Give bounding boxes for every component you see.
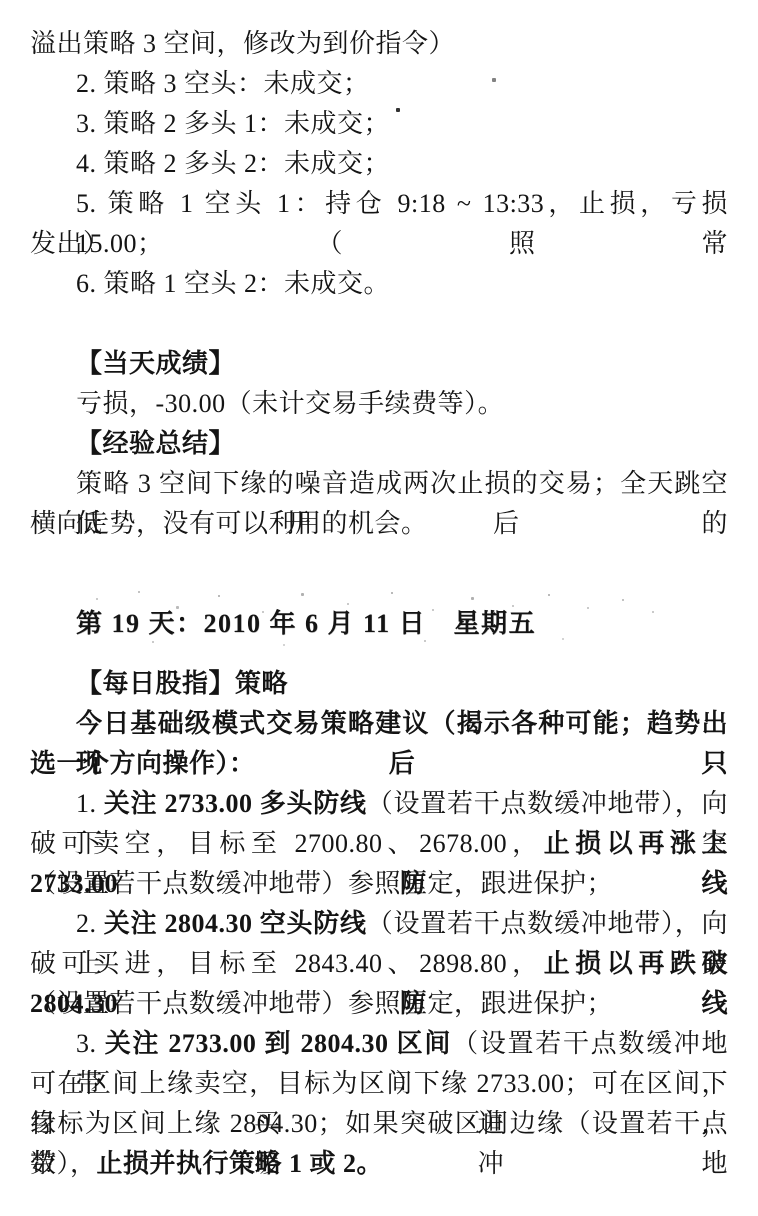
document-body: 溢出策略 3 空间，修改为到价指令）2. 策略 3 空头：未成交；3. 策略 2… (30, 24, 728, 1184)
trade-result-4: 4. 策略 2 多头 2：未成交； (30, 144, 728, 184)
text-segment: 横向走势，没有可以利用的机会。 (30, 509, 428, 538)
scan-speck (218, 595, 220, 597)
scan-speck (391, 592, 393, 594)
strategy-3-line-3: 目标为区间上缘 2804.30；如果突破区间边缘（设置若干点数缓冲地 (30, 1104, 728, 1144)
trade-result-2: 2. 策略 3 空头：未成交； (30, 64, 728, 104)
text-segment: 选一个方向操作）： (30, 749, 256, 778)
day19-section-header: 第 19 天：2010 年 6 月 11 日 星期五 (30, 604, 728, 644)
text-segment: 【经验总结】 (76, 429, 235, 458)
scan-speck (471, 597, 474, 600)
scan-speck (512, 605, 514, 607)
text-segment: 3. 策略 2 多头 1：未成交； (76, 109, 390, 138)
text-segment: 【每日股指】策略 (76, 669, 288, 698)
strategy-2-line-2: 破可买进，目标至 2843.40、2898.80，止损以再跌破 2804.30 … (30, 944, 728, 984)
scan-speck (176, 606, 179, 609)
scan-speck (587, 607, 589, 609)
spacer (30, 304, 728, 344)
scan-speck (96, 598, 98, 600)
text-segment: 第 19 天：2010 年 6 月 11 日 星期五 (76, 609, 536, 638)
text-segment: 溢出策略 3 空间，修改为到价指令） (30, 29, 455, 58)
heading-daily-index-strategy: 【每日股指】策略 (30, 664, 728, 704)
text-segment: 破可买进，目标至 2843.40、2898.80， (30, 949, 544, 978)
scan-speck (492, 78, 496, 82)
scan-speck (396, 108, 400, 112)
text-segment: 止损并执行策略 1 或 2。 (97, 1149, 384, 1178)
text-segment: 3. (76, 1029, 105, 1058)
text-segment: 关注 2733.00 到 2804.30 区间 (105, 1029, 452, 1058)
experience-line-1: 策略 3 空间下缘的噪音造成两次止损的交易；全天跳空低开后的 (30, 464, 728, 504)
text-segment: 5. 策略 1 空头 1：持仓 9:18 ~ 13:33，止损，亏损 15.00… (76, 189, 728, 258)
text-segment: 亏损，-30.00（未计交易手续费等）。 (76, 389, 504, 418)
trade-result-3: 3. 策略 2 多头 1：未成交； (30, 104, 728, 144)
scan-speck (301, 593, 304, 596)
strategy-1-line-2: 破可卖空，目标至 2700.80、2678.00，止损以再涨上 2733.00 … (30, 824, 728, 864)
scan-speck (424, 640, 426, 642)
text-segment: 4. 策略 2 多头 2：未成交； (76, 149, 390, 178)
text-segment: 关注 2804.30 空头防线 (104, 909, 367, 938)
heading-day-results: 【当天成绩】 (30, 344, 728, 384)
text-segment: （设置若干点数缓冲地带）参照厘定，跟进保护； (30, 869, 613, 898)
scan-speck (548, 594, 550, 596)
spacer (30, 544, 728, 604)
scan-speck (432, 609, 434, 611)
scan-speck (283, 644, 285, 646)
scan-speck (652, 611, 654, 613)
text-segment: 2. (76, 909, 104, 938)
strategy-3-line-2: 可在区间上缘卖空，目标为区间下缘 2733.00；可在区间下缘买进， (30, 1064, 728, 1104)
para-overflow-note-cont: 溢出策略 3 空间，修改为到价指令） (30, 24, 728, 64)
text-segment: 2. 策略 3 空头：未成交； (76, 69, 370, 98)
scan-speck (347, 603, 349, 605)
text-segment: 【当天成绩】 (76, 349, 235, 378)
strategy-1-line-1: 1. 关注 2733.00 多头防线（设置若干点数缓冲地带），向下突 (30, 784, 728, 824)
scan-speck (622, 599, 624, 601)
strategy-intro-line-1: 今日基础级模式交易策略建议（揭示各种可能；趋势出现后只 (30, 704, 728, 744)
heading-experience-summary: 【经验总结】 (30, 424, 728, 464)
scan-speck (138, 591, 140, 593)
scan-speck (562, 638, 564, 640)
strategy-2-line-1: 2. 关注 2804.30 空头防线（设置若干点数缓冲地带），向上突 (30, 904, 728, 944)
spacer (30, 644, 728, 664)
text-segment: 发出） (30, 229, 110, 258)
scan-speck (262, 611, 264, 613)
text-segment: 带）， (30, 1149, 97, 1178)
text-segment: 6. 策略 1 空头 2：未成交。 (76, 269, 390, 298)
text-segment: （设置若干点数缓冲地带）参照厘定，跟进保护； (30, 989, 613, 1018)
day-results-value: 亏损，-30.00（未计交易手续费等）。 (30, 384, 728, 424)
text-segment: 破可卖空，目标至 2700.80、2678.00， (30, 829, 544, 858)
text-segment: 关注 2733.00 多头防线 (104, 789, 367, 818)
scan-speck (152, 641, 154, 643)
text-segment: 1. (76, 789, 104, 818)
trade-result-6: 6. 策略 1 空头 2：未成交。 (30, 264, 728, 304)
trade-result-5: 5. 策略 1 空头 1：持仓 9:18 ~ 13:33，止损，亏损 15.00… (30, 184, 728, 224)
strategy-3-line-1: 3. 关注 2733.00 到 2804.30 区间（设置若干点数缓冲地带）， (30, 1024, 728, 1064)
book-page: 溢出策略 3 空间，修改为到价指令）2. 策略 3 空头：未成交；3. 策略 2… (0, 0, 758, 1216)
